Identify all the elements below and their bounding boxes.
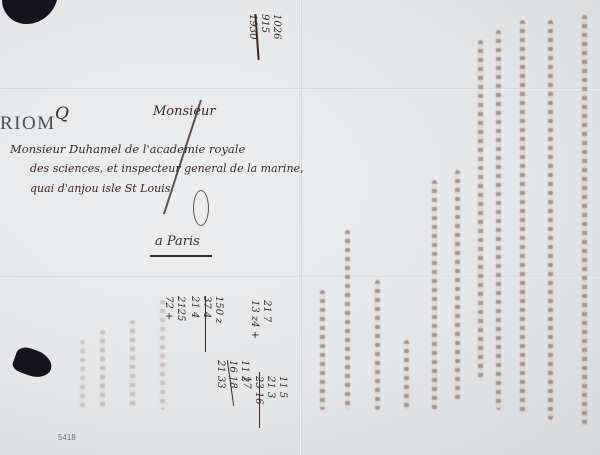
wax-seal — [2, 0, 58, 24]
marginal-calculation: 2125 72 + — [162, 296, 186, 321]
salutation: Monsieur — [153, 104, 216, 119]
address-line: quai d'anjou isle St Louis — [30, 182, 170, 195]
marginal-calculation: 21 7 13 z4 + — [248, 300, 272, 339]
archive-number: 5418 — [58, 433, 76, 442]
vertical-fold-line — [299, 0, 302, 455]
horizontal-fold-line — [0, 276, 300, 278]
destination-underline — [150, 255, 212, 257]
destination-city: a Paris — [155, 234, 200, 249]
address-line: Monsieur Duhamel de l'academie royale — [10, 142, 245, 156]
postmark-stamp: RIOM — [0, 113, 56, 135]
postal-mark-loop — [193, 190, 209, 226]
address-line: des sciences, et inspecteur general de l… — [30, 162, 304, 175]
marginal-calculation: 11 5 21 3 23 16 17 — [240, 376, 288, 405]
calculation-rule — [259, 372, 260, 428]
marginal-calculation-top: 1026 915 1930 — [246, 14, 282, 39]
letter-sheet: RIOM Q Monsieur Monsieur Duhamel de l'ac… — [0, 0, 600, 455]
horizontal-fold-line — [0, 88, 600, 90]
calculation-rule — [205, 296, 206, 352]
postmark-annotation: Q — [55, 104, 69, 124]
wax-seal — [11, 344, 56, 381]
